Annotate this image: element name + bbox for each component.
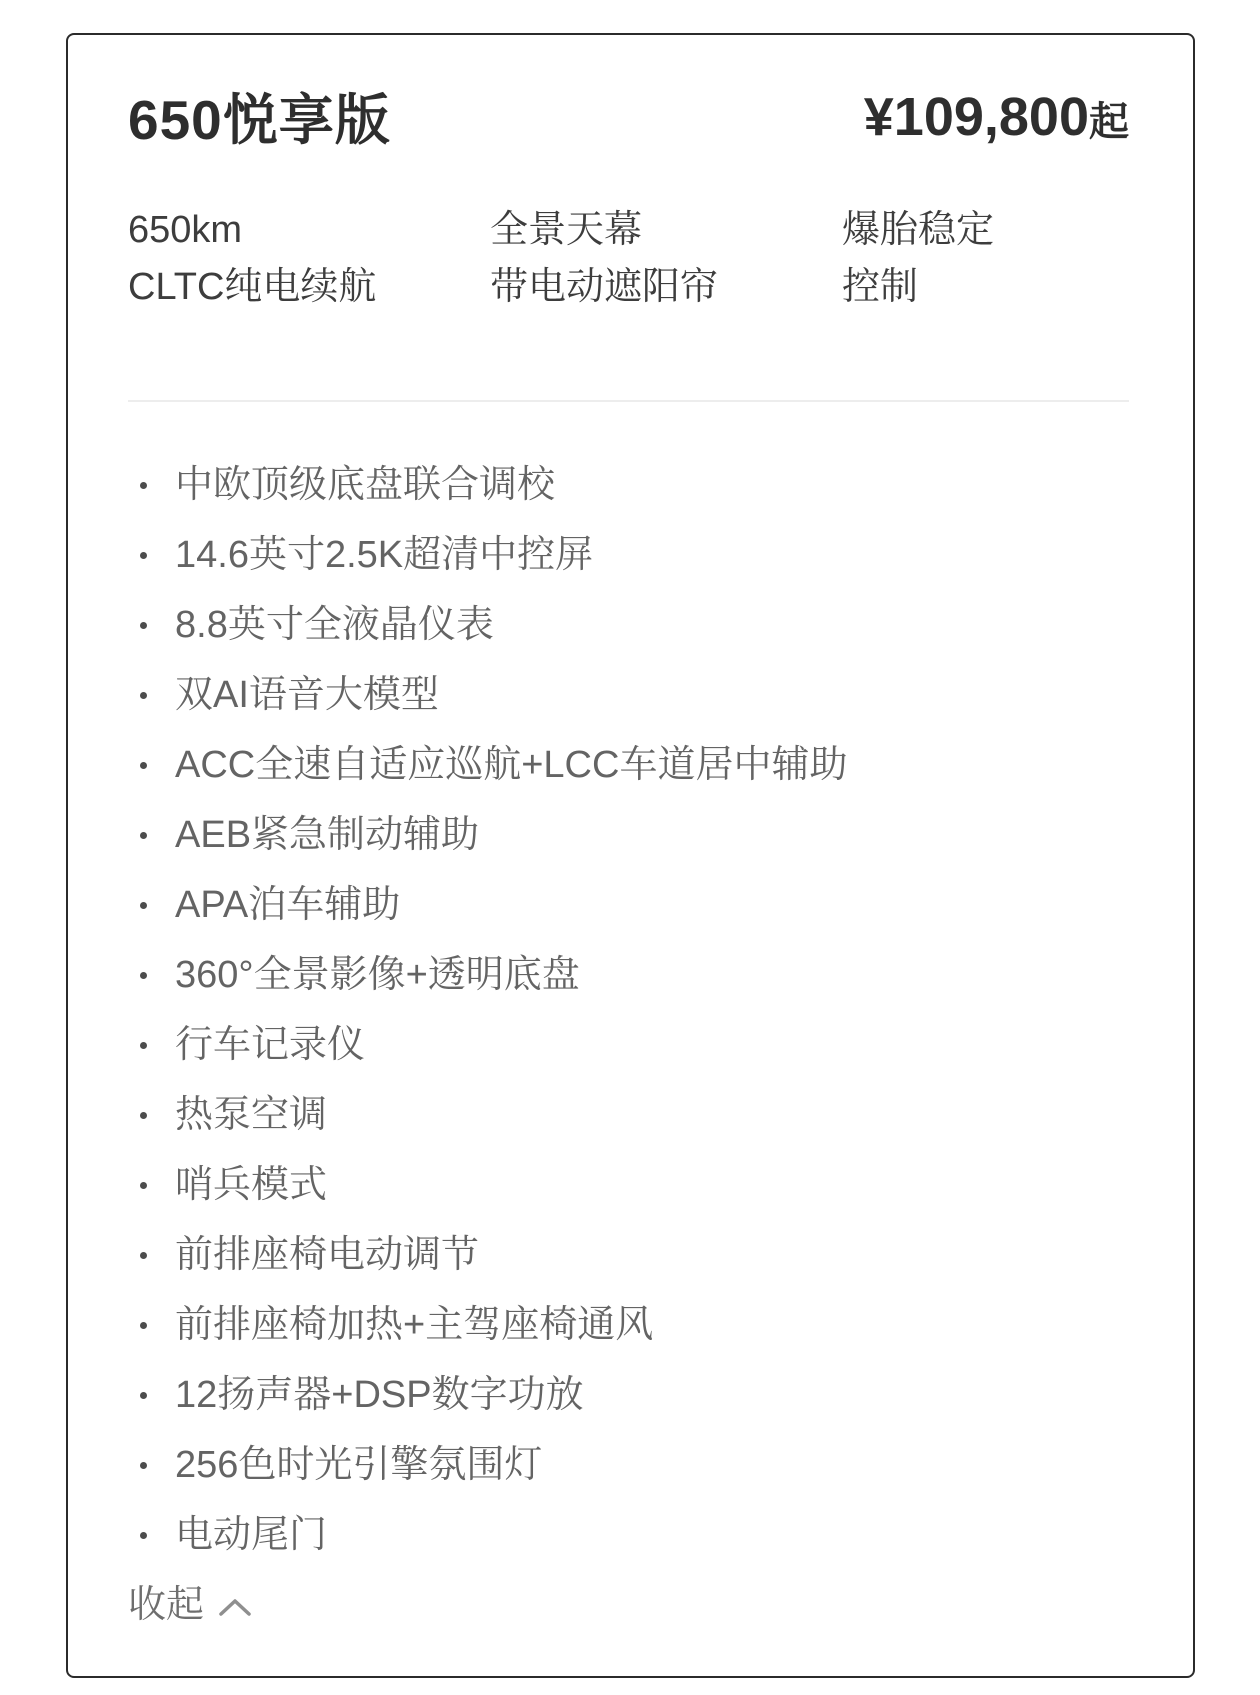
bullet-dot-icon <box>140 902 147 909</box>
feature-text: 14.6英寸2.5K超清中控屏 <box>175 535 593 575</box>
bullet-dot-icon <box>140 1252 147 1259</box>
bullet-dot-icon <box>140 1042 147 1049</box>
feature-text: 256色时光引擎氛围灯 <box>175 1445 542 1485</box>
highlight-item: 全景天幕 带电动遮阳帘 <box>490 202 842 316</box>
bullet-dot-icon <box>140 1392 147 1399</box>
highlight-item: 爆胎稳定 控制 <box>842 202 1129 316</box>
bullet-dot-icon <box>140 972 147 979</box>
feature-item: ACC全速自适应巡航+LCC车道居中辅助 <box>128 745 1129 785</box>
highlight-line1: 650km <box>128 202 490 259</box>
highlight-line2: 控制 <box>842 259 1129 316</box>
bullet-dot-icon <box>140 1322 147 1329</box>
feature-text: 双AI语音大模型 <box>175 675 439 715</box>
feature-text: ACC全速自适应巡航+LCC车道居中辅助 <box>175 745 847 785</box>
bullet-dot-icon <box>140 1532 147 1539</box>
feature-item: 前排座椅加热+主驾座椅通风 <box>128 1305 1129 1345</box>
price-amount: ¥109,800 <box>864 87 1089 147</box>
collapse-button[interactable]: 收起 <box>128 1585 252 1625</box>
trim-title: 650悦享版 <box>128 90 391 150</box>
highlights-row: 650km CLTC纯电续航 全景天幕 带电动遮阳帘 爆胎稳定 控制 <box>128 202 1129 316</box>
card-header: 650悦享版 ¥109,800起 <box>128 87 1129 152</box>
trim-card: 650悦享版 ¥109,800起 650km CLTC纯电续航 全景天幕 带电动… <box>66 33 1195 1678</box>
bullet-dot-icon <box>140 1112 147 1119</box>
feature-item: 热泵空调 <box>128 1095 1129 1135</box>
feature-item: 双AI语音大模型 <box>128 675 1129 715</box>
feature-item: AEB紧急制动辅助 <box>128 815 1129 855</box>
feature-item: 中欧顶级底盘联合调校 <box>128 465 1129 505</box>
bullet-dot-icon <box>140 692 147 699</box>
feature-list: 中欧顶级底盘联合调校 14.6英寸2.5K超清中控屏 8.8英寸全液晶仪表 双A… <box>128 465 1129 1555</box>
collapse-label: 收起 <box>128 1585 204 1625</box>
feature-text: 360°全景影像+透明底盘 <box>175 955 580 995</box>
feature-item: 电动尾门 <box>128 1515 1129 1555</box>
bullet-dot-icon <box>140 482 147 489</box>
highlight-line2: CLTC纯电续航 <box>128 259 490 316</box>
price-suffix: 起 <box>1089 100 1129 144</box>
feature-text: 电动尾门 <box>175 1515 327 1555</box>
feature-text: 中欧顶级底盘联合调校 <box>175 465 555 505</box>
feature-text: 前排座椅加热+主驾座椅通风 <box>175 1305 653 1345</box>
feature-text: 12扬声器+DSP数字功放 <box>175 1375 584 1415</box>
highlight-line2: 带电动遮阳帘 <box>490 259 842 316</box>
feature-item: 8.8英寸全液晶仪表 <box>128 605 1129 645</box>
feature-text: 前排座椅电动调节 <box>175 1235 479 1275</box>
feature-text: 8.8英寸全液晶仪表 <box>175 605 494 645</box>
feature-item: 前排座椅电动调节 <box>128 1235 1129 1275</box>
feature-item: 256色时光引擎氛围灯 <box>128 1445 1129 1485</box>
feature-item: 行车记录仪 <box>128 1025 1129 1065</box>
feature-item: 360°全景影像+透明底盘 <box>128 955 1129 995</box>
chevron-up-icon <box>218 1596 252 1618</box>
bullet-dot-icon <box>140 762 147 769</box>
bullet-dot-icon <box>140 552 147 559</box>
feature-text: 热泵空调 <box>175 1095 327 1135</box>
highlight-item: 650km CLTC纯电续航 <box>128 202 490 316</box>
trim-price: ¥109,800起 <box>864 87 1129 152</box>
divider <box>128 400 1129 402</box>
feature-item: APA泊车辅助 <box>128 885 1129 925</box>
feature-text: 哨兵模式 <box>175 1165 327 1205</box>
bullet-dot-icon <box>140 832 147 839</box>
feature-text: APA泊车辅助 <box>175 885 400 925</box>
bullet-dot-icon <box>140 1462 147 1469</box>
feature-text: AEB紧急制动辅助 <box>175 815 479 855</box>
highlight-line1: 爆胎稳定 <box>842 202 1129 259</box>
feature-item: 14.6英寸2.5K超清中控屏 <box>128 535 1129 575</box>
feature-item: 12扬声器+DSP数字功放 <box>128 1375 1129 1415</box>
bullet-dot-icon <box>140 1182 147 1189</box>
bullet-dot-icon <box>140 622 147 629</box>
feature-item: 哨兵模式 <box>128 1165 1129 1205</box>
feature-text: 行车记录仪 <box>175 1025 365 1065</box>
highlight-line1: 全景天幕 <box>490 202 842 259</box>
